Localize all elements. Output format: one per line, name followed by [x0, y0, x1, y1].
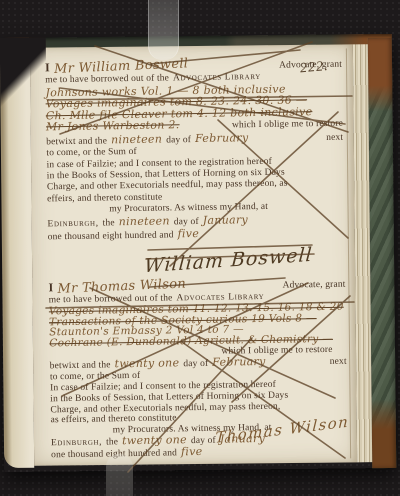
printed-betwixt: betwixt and the — [50, 360, 111, 372]
printed-year-line: one thousand eight hundred and — [48, 230, 174, 243]
printed-advocate-grant: Advocate, grant — [283, 280, 346, 292]
borrow-entry-wilson: I Mr Thomas Wilson Advocate, grant me to… — [48, 278, 348, 462]
signing-day-handwritten: twenty one — [122, 435, 187, 447]
photo-background: 222. I Mr William Boswell Advocate, gran… — [0, 0, 400, 496]
top-left-shadow — [0, 38, 47, 112]
printed-next: next — [330, 357, 347, 368]
spacer — [190, 288, 279, 289]
year-handwritten: five — [181, 447, 203, 458]
printed-advocate-grant: Advocate, grant — [279, 60, 342, 72]
spacer — [252, 140, 322, 141]
book-title-line-struck: Mr Jones Warbeston 2. — [46, 120, 180, 134]
printed-the: the — [103, 218, 115, 230]
printed-edinburgh: Edinburgh, — [51, 438, 102, 450]
return-month-handwritten: February — [195, 132, 249, 144]
printed-capital-i: I — [48, 282, 53, 293]
page-content: 222. I Mr William Boswell Advocate, gran… — [29, 44, 359, 467]
return-day-handwritten: twenty one — [114, 358, 179, 370]
borrow-entry-boswell: I Mr William Boswell Advocate, grant me … — [45, 58, 345, 244]
retaining-strap-top — [148, 0, 179, 60]
signature-boswell: William Boswell — [144, 250, 313, 273]
retaining-strap-bottom — [106, 454, 133, 496]
printed-day-of: day of — [166, 135, 191, 147]
signing-month-handwritten: January — [203, 214, 248, 226]
spacer — [184, 128, 228, 129]
return-month-handwritten: February — [212, 357, 266, 369]
printed-oblige-text: which I oblige me to restore — [232, 119, 343, 132]
printed-edinburgh: Edinburgh, — [47, 218, 98, 230]
return-day-handwritten: nineteen — [111, 133, 162, 145]
printed-day-of: day of — [183, 359, 208, 370]
register-page: 222. I Mr William Boswell Advocate, gran… — [30, 44, 357, 465]
year-handwritten: five — [177, 228, 199, 240]
spacer — [270, 364, 326, 365]
printed-the: the — [106, 438, 118, 449]
printed-next: next — [326, 132, 343, 144]
signing-day-handwritten: nineteen — [119, 215, 170, 227]
spacer — [192, 68, 275, 69]
book-cover-right-edge — [368, 38, 397, 468]
register-book: 222. I Mr William Boswell Advocate, gran… — [0, 34, 396, 472]
